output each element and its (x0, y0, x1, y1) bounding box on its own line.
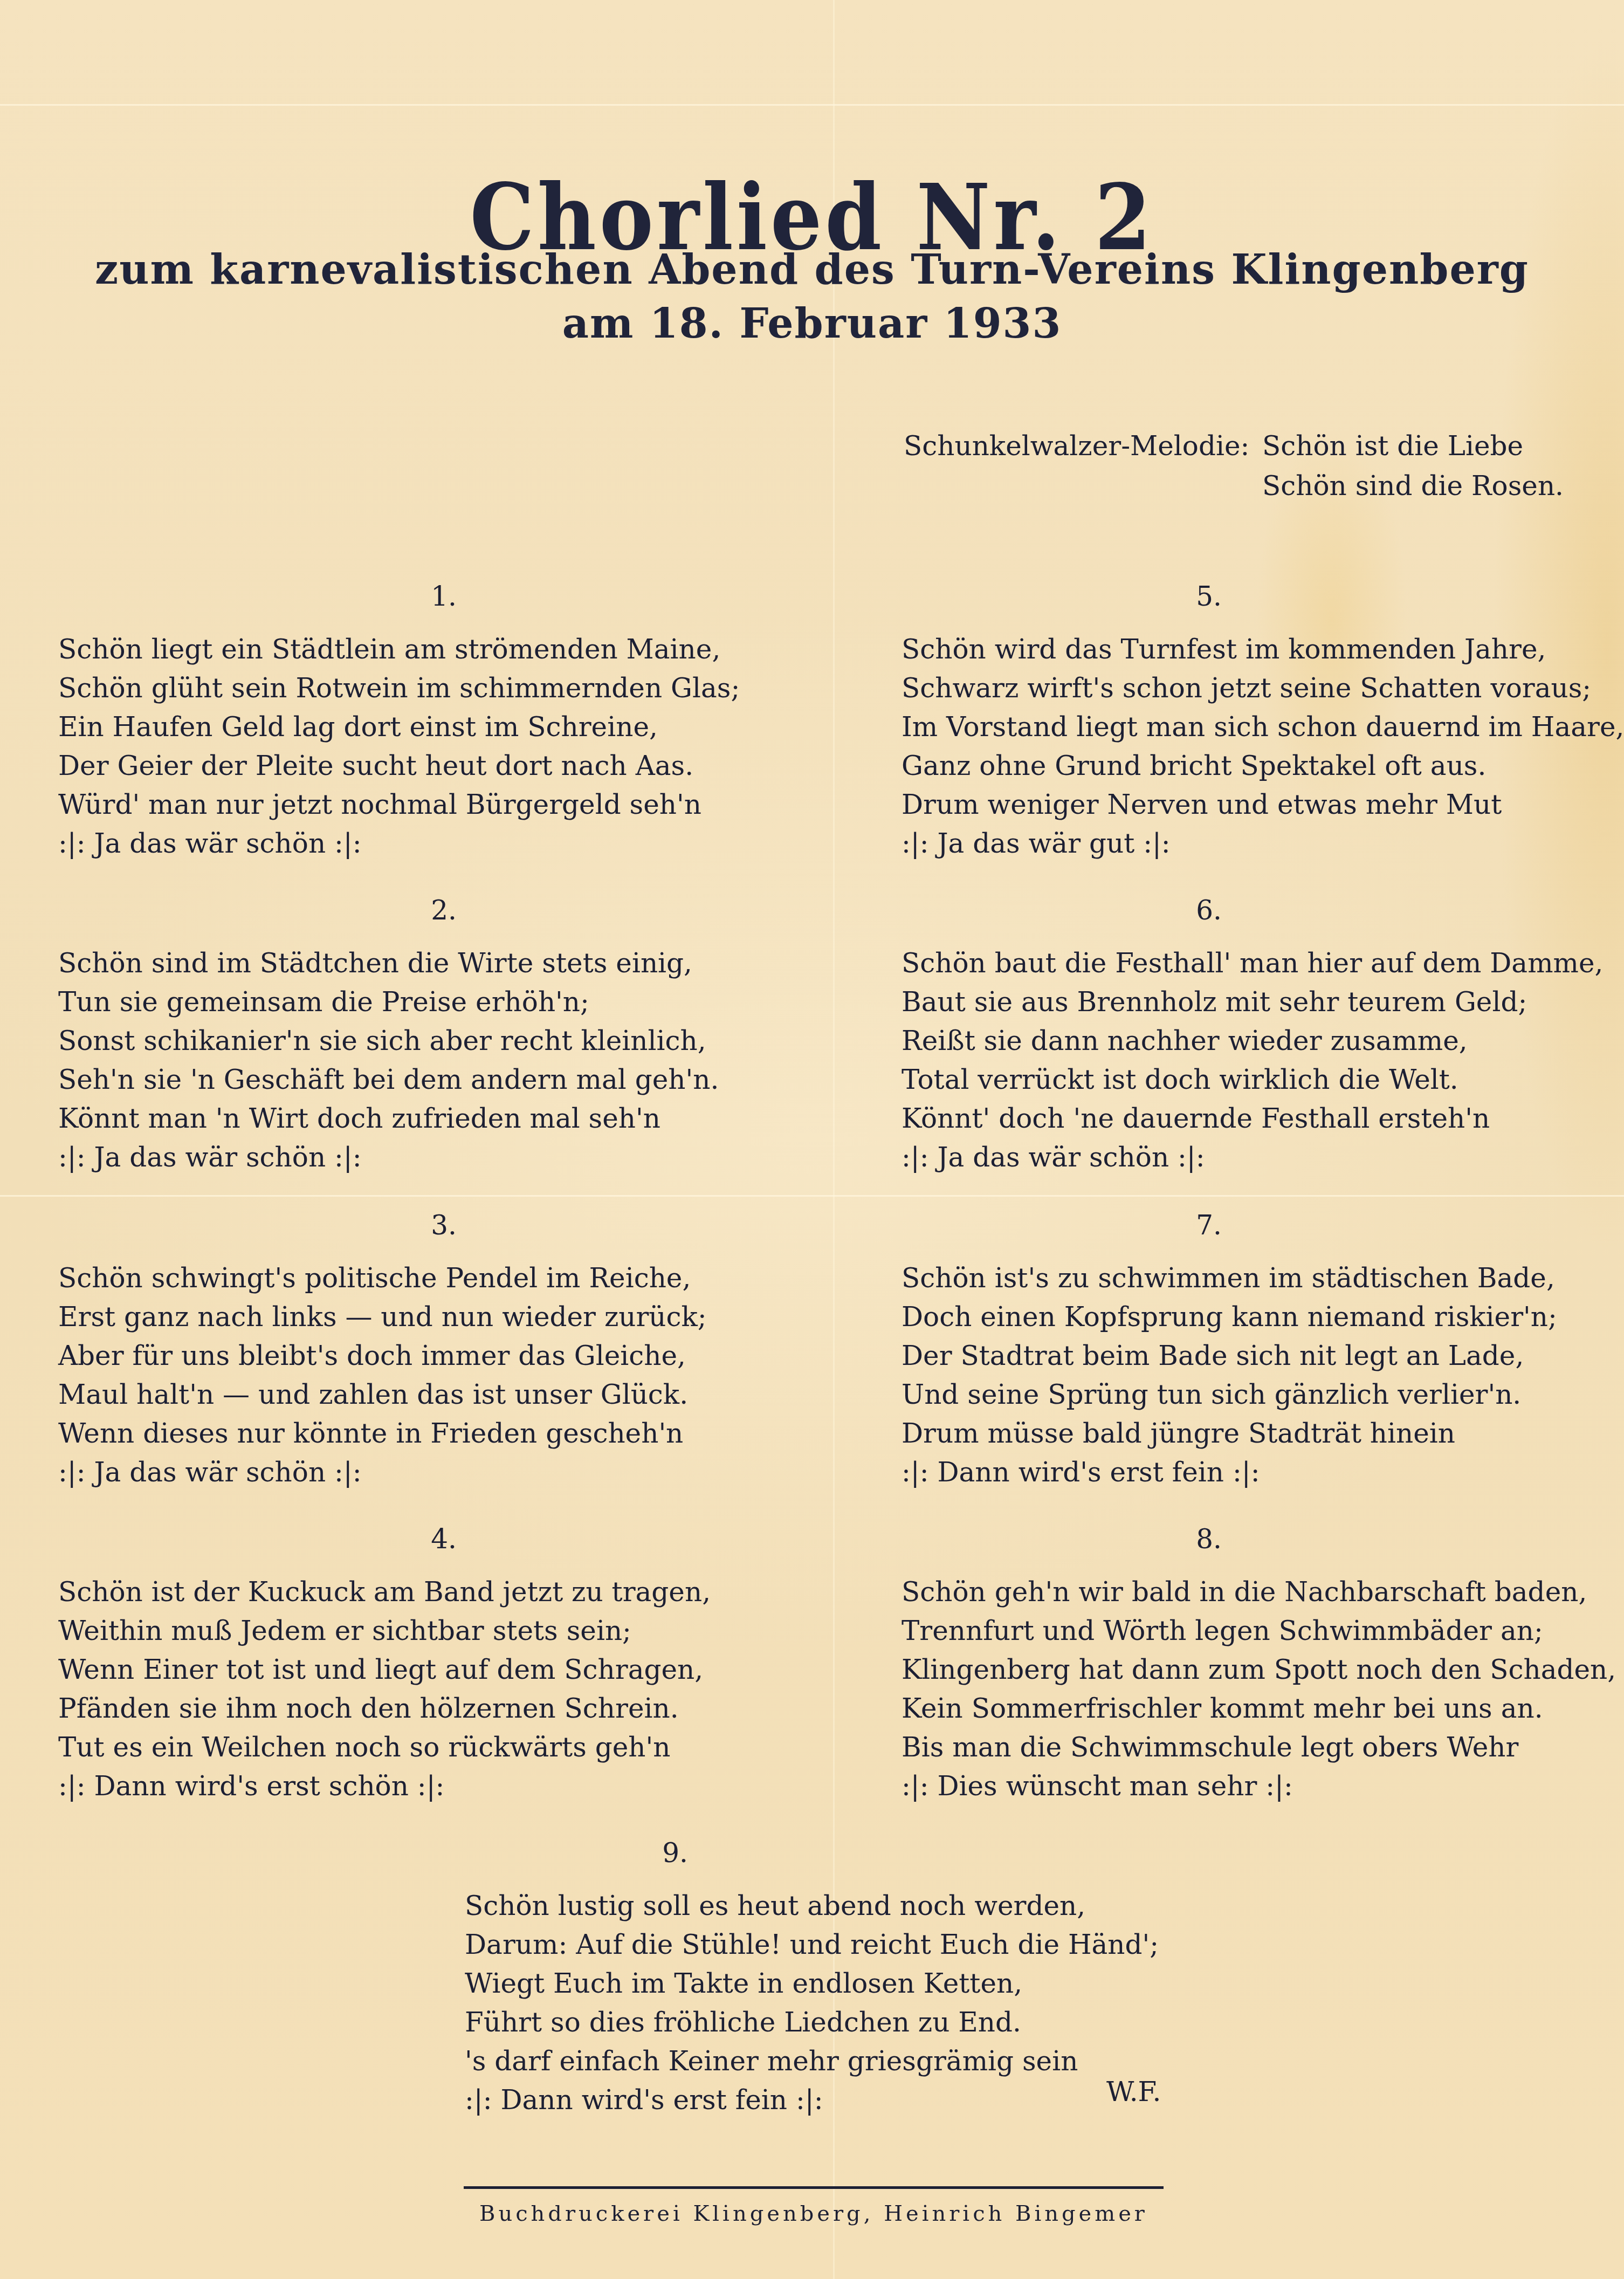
document-subtitle-date: am 18. Februar 1933 (0, 303, 1624, 344)
stanza-line: Im Vorstand liegt man sich schon dauernd… (902, 708, 1624, 746)
stanza-line: Schön ist der Kuckuck am Band jetzt zu t… (58, 1573, 711, 1611)
stanza-number: 8. (902, 1520, 1516, 1559)
stanza-line: Führt so dies fröhliche Liedchen zu End. (465, 2003, 1159, 2042)
stanza-line: Schön liegt ein Städtlein am strömenden … (58, 630, 740, 669)
stanza-line: Drum müsse bald jüngre Stadträt hinein (902, 1414, 1557, 1453)
stanza-line: Könnt man 'n Wirt doch zufrieden mal seh… (58, 1099, 719, 1138)
stanza-line: Drum weniger Nerven und etwas mehr Mut (902, 785, 1624, 824)
stanza-refrain: :|: Ja das wär schön :|: (58, 1138, 719, 1177)
stanza-number: 3. (58, 1206, 829, 1245)
author-initials: W.F. (1106, 2076, 1161, 2108)
printer-imprint: Buchdruckerei Klingenberg, Heinrich Bing… (464, 2201, 1164, 2226)
stanza-line: Aber für uns bleibt's doch immer das Gle… (58, 1336, 707, 1375)
stanza-line: Würd' man nur jetzt nochmal Bürgergeld s… (58, 785, 740, 824)
melody-label: Schunkelwalzer-Melodie: (904, 426, 1249, 466)
melody-line: Schön sind die Rosen. (1262, 466, 1564, 506)
stanza-line: Könnt' doch 'ne dauernde Festhall ersteh… (902, 1099, 1604, 1138)
stanza-line: Schön glüht sein Rotwein im schimmernden… (58, 669, 740, 708)
stanza-refrain: :|: Dies wünscht man sehr :|: (902, 1767, 1616, 1806)
stanza-refrain: :|: Ja das wär schön :|: (902, 1138, 1604, 1177)
stanza-lines: Schön wird das Turnfest im kommenden Jah… (902, 630, 1624, 863)
stanza-line: Kein Sommerfrischler kommt mehr bei uns … (902, 1689, 1616, 1728)
stanza-line: 's darf einfach Keiner mehr griesgrämig … (465, 2042, 1159, 2081)
stanza-number: 5. (902, 577, 1516, 616)
stanza-lines: Schön lustig soll es heut abend noch wer… (465, 1886, 1159, 2119)
stanza-line: Sonst schikanier'n sie sich aber recht k… (58, 1021, 719, 1060)
stanza-line: Seh'n sie 'n Geschäft bei dem andern mal… (58, 1060, 719, 1099)
footer-rule (464, 2186, 1164, 2189)
stanza-line: Schön schwingt's politische Pendel im Re… (58, 1259, 707, 1298)
stanza-line: Schön lustig soll es heut abend noch wer… (465, 1886, 1159, 1925)
paper-fold-horizontal (0, 1195, 1624, 1197)
stanza-line: Darum: Auf die Stühle! und reicht Euch d… (465, 1925, 1159, 1964)
stanza-line: Schön sind im Städtchen die Wirte stets … (58, 944, 719, 983)
stanza-line: Tun sie gemeinsam die Preise erhöh'n; (58, 983, 719, 1021)
stanza-lines: Schön geh'n wir bald in die Nachbarschaf… (902, 1573, 1616, 1806)
stanza-lines: Schön schwingt's politische Pendel im Re… (58, 1259, 707, 1492)
document-subtitle-line1: zum karnevalistischen Abend des Turn-Ver… (0, 249, 1624, 290)
stanza-refrain: :|: Ja das wär schön :|: (58, 1453, 707, 1492)
stanza-line: Maul halt'n — und zahlen das ist unser G… (58, 1375, 707, 1414)
stanza-line: Ganz ohne Grund bricht Spektakel oft aus… (902, 746, 1624, 785)
stanza-line: Total verrückt ist doch wirklich die Wel… (902, 1060, 1604, 1099)
stanza-line: Schwarz wirft's schon jetzt seine Schatt… (902, 669, 1624, 708)
stanza-number: 6. (902, 891, 1516, 930)
stanza-line: Schön baut die Festhall' man hier auf de… (902, 944, 1604, 983)
stanza-number: 1. (58, 577, 829, 616)
stanza-line: Wenn dieses nur könnte in Frieden gesche… (58, 1414, 707, 1453)
stanza-line: Wenn Einer tot ist und liegt auf dem Sch… (58, 1650, 711, 1689)
stanza-line: Schön ist's zu schwimmen im städtischen … (902, 1259, 1557, 1298)
stanza-lines: Schön baut die Festhall' man hier auf de… (902, 944, 1604, 1177)
stanza-line: Und seine Sprüng tun sich gänzlich verli… (902, 1375, 1557, 1414)
melody-note: Schunkelwalzer-Melodie: Schön ist die Li… (904, 426, 1249, 466)
paper-fold-horizontal (0, 104, 1624, 106)
stanza-refrain: :|: Ja das wär gut :|: (902, 824, 1624, 863)
stanza-number: 7. (902, 1206, 1516, 1245)
stanza-lines: Schön ist der Kuckuck am Band jetzt zu t… (58, 1573, 711, 1806)
stanza-line: Reißt sie dann nachher wieder zusamme, (902, 1021, 1604, 1060)
melody-line: Schön ist die Liebe (1262, 426, 1564, 466)
stanza-line: Der Geier der Pleite sucht heut dort nac… (58, 746, 740, 785)
stanza-lines: Schön liegt ein Städtlein am strömenden … (58, 630, 740, 863)
stanza-line: Pfänden sie ihm noch den hölzernen Schre… (58, 1689, 711, 1728)
stanza-refrain: :|: Dann wird's erst fein :|: (902, 1453, 1557, 1492)
stanza-number: 4. (58, 1520, 829, 1559)
stanza-line: Schön wird das Turnfest im kommenden Jah… (902, 630, 1624, 669)
stanza-number: 2. (58, 891, 829, 930)
stanza-line: Klingenberg hat dann zum Spott noch den … (902, 1650, 1616, 1689)
stanza-line: Bis man die Schwimmschule legt obers Weh… (902, 1728, 1616, 1767)
stanza-number: 9. (465, 1834, 885, 1872)
stanza-line: Trennfurt und Wörth legen Schwimmbäder a… (902, 1611, 1616, 1650)
stanza-refrain: :|: Dann wird's erst schön :|: (58, 1767, 711, 1806)
stanza-line: Schön geh'n wir bald in die Nachbarschaf… (902, 1573, 1616, 1611)
stanza-line: Tut es ein Weilchen noch so rückwärts ge… (58, 1728, 711, 1767)
stanza-line: Baut sie aus Brennholz mit sehr teurem G… (902, 983, 1604, 1021)
stanza-line: Doch einen Kopfsprung kann niemand riski… (902, 1298, 1557, 1336)
stanza-line: Weithin muß Jedem er sichtbar stets sein… (58, 1611, 711, 1650)
stanza-line: Ein Haufen Geld lag dort einst im Schrei… (58, 708, 740, 746)
stanza-refrain: :|: Dann wird's erst fein :|: (465, 2081, 1159, 2119)
stanza-line: Der Stadtrat beim Bade sich nit legt an … (902, 1336, 1557, 1375)
stanza-lines: Schön ist's zu schwimmen im städtischen … (902, 1259, 1557, 1492)
stanza-line: Erst ganz nach links — und nun wieder zu… (58, 1298, 707, 1336)
stanza-line: Wiegt Euch im Takte in endlosen Ketten, (465, 1964, 1159, 2003)
stanza-lines: Schön sind im Städtchen die Wirte stets … (58, 944, 719, 1177)
stanza-refrain: :|: Ja das wär schön :|: (58, 824, 740, 863)
